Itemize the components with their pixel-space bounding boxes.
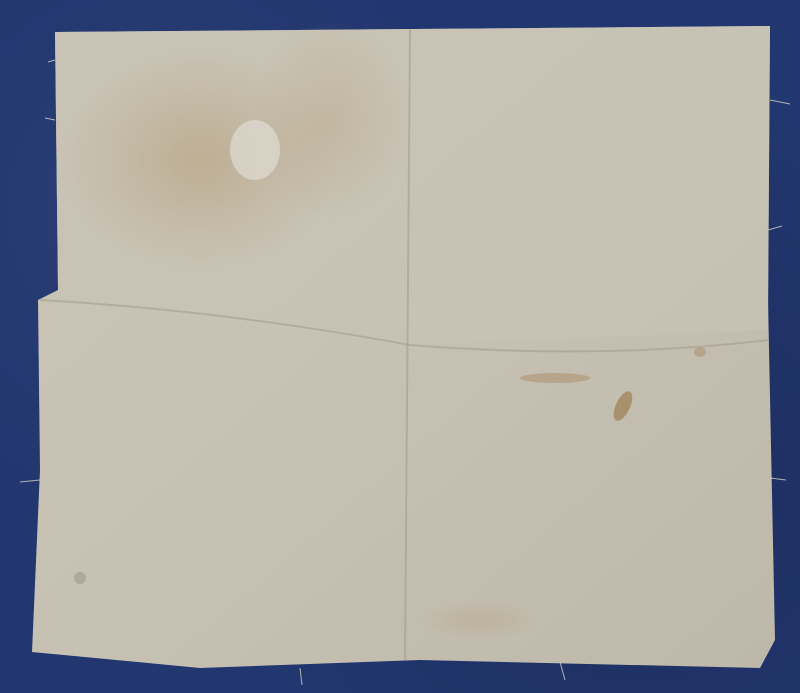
grey-spot (74, 572, 86, 584)
light-patch (230, 120, 280, 180)
linen-cloth (0, 0, 800, 693)
stain-bottom (420, 600, 540, 640)
stain-upper-mid (250, 20, 410, 220)
small-spot (694, 347, 706, 357)
brown-streak (520, 373, 590, 383)
